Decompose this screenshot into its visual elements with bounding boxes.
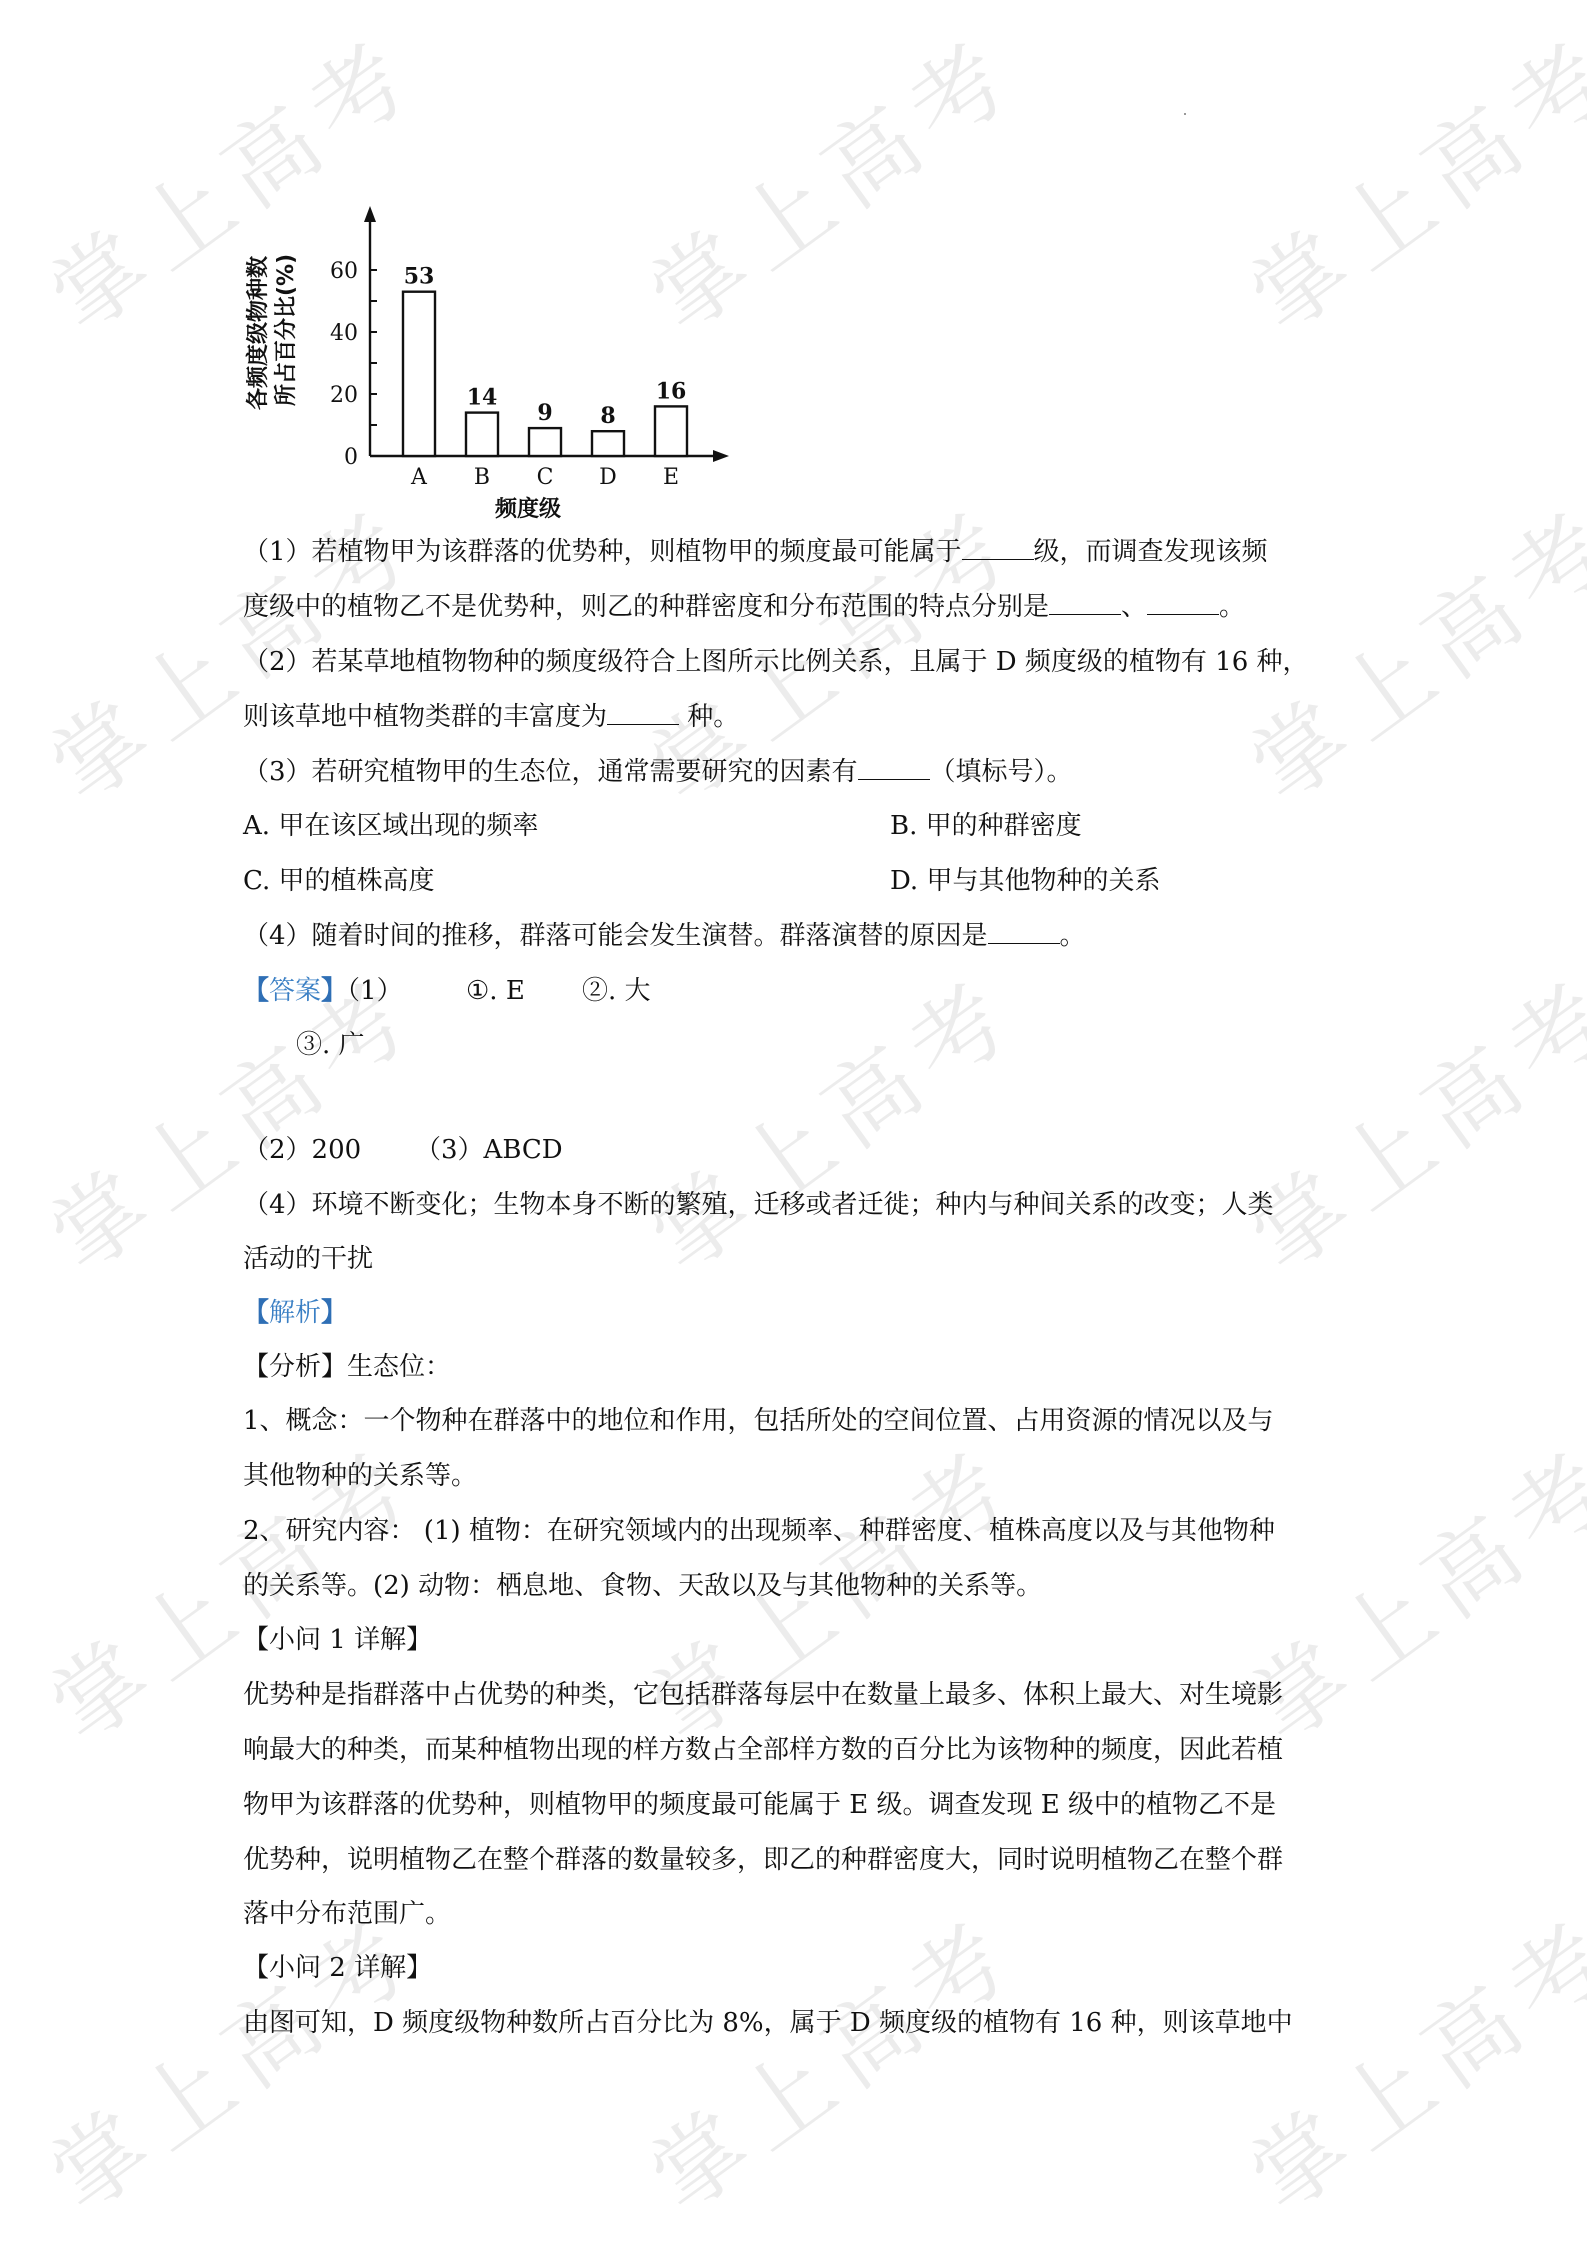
analysis-para-2-line-2: 的关系等。(2) 动物：栖息地、食物、天敌以及与其他物种的关系等。 <box>243 1570 1042 1602</box>
analysis-tag-text: 解析 <box>269 1298 321 1328</box>
analysis-para-1-line-2: 其他物种的关系等。 <box>243 1460 477 1492</box>
option-label: A. <box>243 811 270 841</box>
period: 。 <box>1060 921 1086 951</box>
sub-question-2-line-1: 由图可知，D 频度级物种数所占百分比为 8%，属于 D 频度级的植物有 16 种… <box>243 2007 1293 2039</box>
sub-question-1-line-1: 优势种是指群落中占优势的种类，它包括群落每层中在数量上最多、体积上最大、对生境影 <box>243 1679 1283 1711</box>
x-tick-label: B <box>474 465 490 490</box>
watermark: 掌上高考 <box>1220 941 1587 1297</box>
watermark: 掌上高考 <box>1220 1881 1587 2237</box>
question-1-line-1: （1）若植物甲为该群落的优势种，则植物甲的频度最可能属于级，而调查发现该频 <box>243 536 1268 568</box>
question-4-text: （4）随着时间的推移，群落可能会发生演替。群落演替的原因是 <box>243 921 988 951</box>
y-axis-arrow-icon <box>364 206 376 222</box>
answer-2: （2）200 <box>243 1134 361 1166</box>
option-label: D. <box>890 866 918 896</box>
answer-tag-text: 答案 <box>269 976 321 1006</box>
question-1-line-2: 度级中的植物乙不是优势种，则乙的种群密度和分布范围的特点分别是、。 <box>243 591 1245 623</box>
frequency-bar-chart: 0204060各频度级物种数所占百分比(%) 53A14B9C8D16E频度级 <box>245 200 755 520</box>
option-text: 甲的种群密度 <box>926 811 1082 841</box>
answer-tag: 【答案】 <box>243 976 347 1006</box>
question-2-text: 则该草地中植物类群的丰富度为 <box>243 702 607 732</box>
bar-value-label: 16 <box>656 378 687 404</box>
bar-E <box>655 406 687 456</box>
answer-4-line-1: （4）环境不断变化；生物本身不断的繁殖，迁移或者迁徙；种内与种间关系的改变；人类 <box>243 1189 1274 1221</box>
option-d: D. 甲与其他物种的关系 <box>890 865 1160 897</box>
x-tick-label: A <box>410 465 428 490</box>
analysis-tag: 【解析】 <box>243 1297 347 1329</box>
watermark-layer: 掌上高考 掌上高考 掌上高考 掌上高考 掌上高考 掌上高考 掌上高考 掌上高考 … <box>0 0 1587 2245</box>
sub-question-1-line-2: 响最大的种类，而某种植物出现的样方数占全部样方数的百分比为该物种的频度，因此若植 <box>243 1734 1283 1766</box>
option-label: B. <box>890 811 917 841</box>
answer-blank <box>1049 592 1121 615</box>
watermark: 掌上高考 <box>620 941 1041 1297</box>
watermark: 掌上高考 <box>1220 1 1587 357</box>
question-2-text: （2）若某草地植物物种的频度级符合上图所示比例关系，且属于 D 频度级的植物有 … <box>243 647 1309 677</box>
bar-C <box>529 428 561 456</box>
y-axis-label-line-1: 各频度级物种数 <box>245 256 271 410</box>
bracket-open: 【 <box>243 976 269 1006</box>
answer-1-prefix: （1） <box>347 976 403 1006</box>
bracket-open: 【 <box>243 1298 269 1328</box>
sub-question-1-title: 【小问 1 详解】 <box>243 1624 432 1656</box>
answer-line-1: 【答案】（1） <box>243 975 403 1007</box>
option-b: B. 甲的种群密度 <box>890 810 1082 842</box>
question-3-text-end: （填标号）。 <box>930 757 1073 787</box>
y-tick-label: 40 <box>330 321 358 346</box>
bracket-close: 】 <box>321 976 347 1006</box>
sub-question-1-line-3: 物甲为该群落的优势种，则植物甲的频度最可能属于 E 级。调查发现 E 级中的植物… <box>243 1789 1276 1821</box>
answer-blank <box>607 702 679 725</box>
sub-question-1-line-4: 优势种，说明植物乙在整个群落的数量较多，即乙的种群密度大，同时说明植物乙在整个群 <box>243 1844 1283 1876</box>
y-tick-label: 60 <box>330 259 358 284</box>
x-tick-label: C <box>537 465 554 490</box>
question-4-line: （4）随着时间的推移，群落可能会发生演替。群落演替的原因是。 <box>243 920 1086 952</box>
option-text: 甲与其他物种的关系 <box>926 866 1160 896</box>
question-2-line-1: （2）若某草地植物物种的频度级符合上图所示比例关系，且属于 D 频度级的植物有 … <box>243 646 1309 678</box>
analysis-heading: 【分析】生态位： <box>243 1351 451 1383</box>
bar-value-label: 53 <box>404 264 435 290</box>
bar-A <box>403 292 435 456</box>
watermark: 掌上高考 <box>620 1881 1041 2237</box>
option-a: A. 甲在该区域出现的频率 <box>243 810 538 842</box>
sub-question-1-line-5: 落中分布范围广。 <box>243 1898 451 1930</box>
answer-3: （3）ABCD <box>415 1134 563 1166</box>
period: 。 <box>1219 592 1245 622</box>
x-tick-label: E <box>663 465 679 490</box>
watermark: 掌上高考 <box>1220 1411 1587 1767</box>
question-1-text: （1）若植物甲为该群落的优势种，则植物甲的频度最可能属于 <box>243 537 962 567</box>
analysis-para-1-line-1: 1、概念：一个物种在群落中的地位和作用，包括所处的空间位置、占用资源的情况以及与 <box>243 1405 1274 1437</box>
answer-blank <box>988 921 1060 944</box>
watermark: 掌上高考 <box>20 1881 441 2237</box>
answer-blank <box>962 537 1034 560</box>
option-label: C. <box>243 866 270 896</box>
question-1-text-cont: 级，而调查发现该频 <box>1034 537 1268 567</box>
y-tick-label: 0 <box>344 445 358 470</box>
answer-1-item-3: ③. 广 <box>296 1029 365 1061</box>
bar-value-label: 8 <box>600 403 615 429</box>
answer-blank <box>858 757 930 780</box>
question-3-line: （3）若研究植物甲的生态位，通常需要研究的因素有（填标号）。 <box>243 756 1073 788</box>
bar-value-label: 14 <box>467 385 498 411</box>
answer-1-item-2: ②. 大 <box>582 975 651 1007</box>
stray-dot <box>1184 113 1186 115</box>
separator: 、 <box>1121 592 1147 622</box>
answer-4-line-2: 活动的干扰 <box>243 1243 373 1275</box>
option-text: 甲的植株高度 <box>279 866 435 896</box>
answer-blank <box>1147 592 1219 615</box>
x-tick-label: D <box>599 465 617 490</box>
bar-B <box>466 413 498 456</box>
question-2-text-end: 种。 <box>679 702 739 732</box>
question-2-line-2: 则该草地中植物类群的丰富度为 种。 <box>243 701 739 733</box>
x-axis-label: 频度级 <box>495 496 561 520</box>
question-1-text: 度级中的植物乙不是优势种，则乙的种群密度和分布范围的特点分别是 <box>243 592 1049 622</box>
analysis-para-2-line-1: 2、研究内容： (1) 植物：在研究领域内的出现频率、种群密度、植株高度以及与其… <box>243 1515 1275 1547</box>
sub-question-2-title: 【小问 2 详解】 <box>243 1952 432 1984</box>
x-axis-arrow-icon <box>713 450 729 462</box>
question-3-text: （3）若研究植物甲的生态位，通常需要研究的因素有 <box>243 757 858 787</box>
bar-value-label: 9 <box>537 400 552 426</box>
answer-1-item-1: ①. E <box>466 975 525 1007</box>
bar-D <box>592 431 624 456</box>
option-text: 甲在该区域出现的频率 <box>278 811 538 841</box>
option-c: C. 甲的植株高度 <box>243 865 435 897</box>
y-tick-label: 20 <box>330 383 358 408</box>
y-axis-label-line-2: 所占百分比(%) <box>273 254 299 406</box>
analysis-tag-label: 【解析】 <box>243 1298 347 1328</box>
bracket-close: 】 <box>321 1298 347 1328</box>
